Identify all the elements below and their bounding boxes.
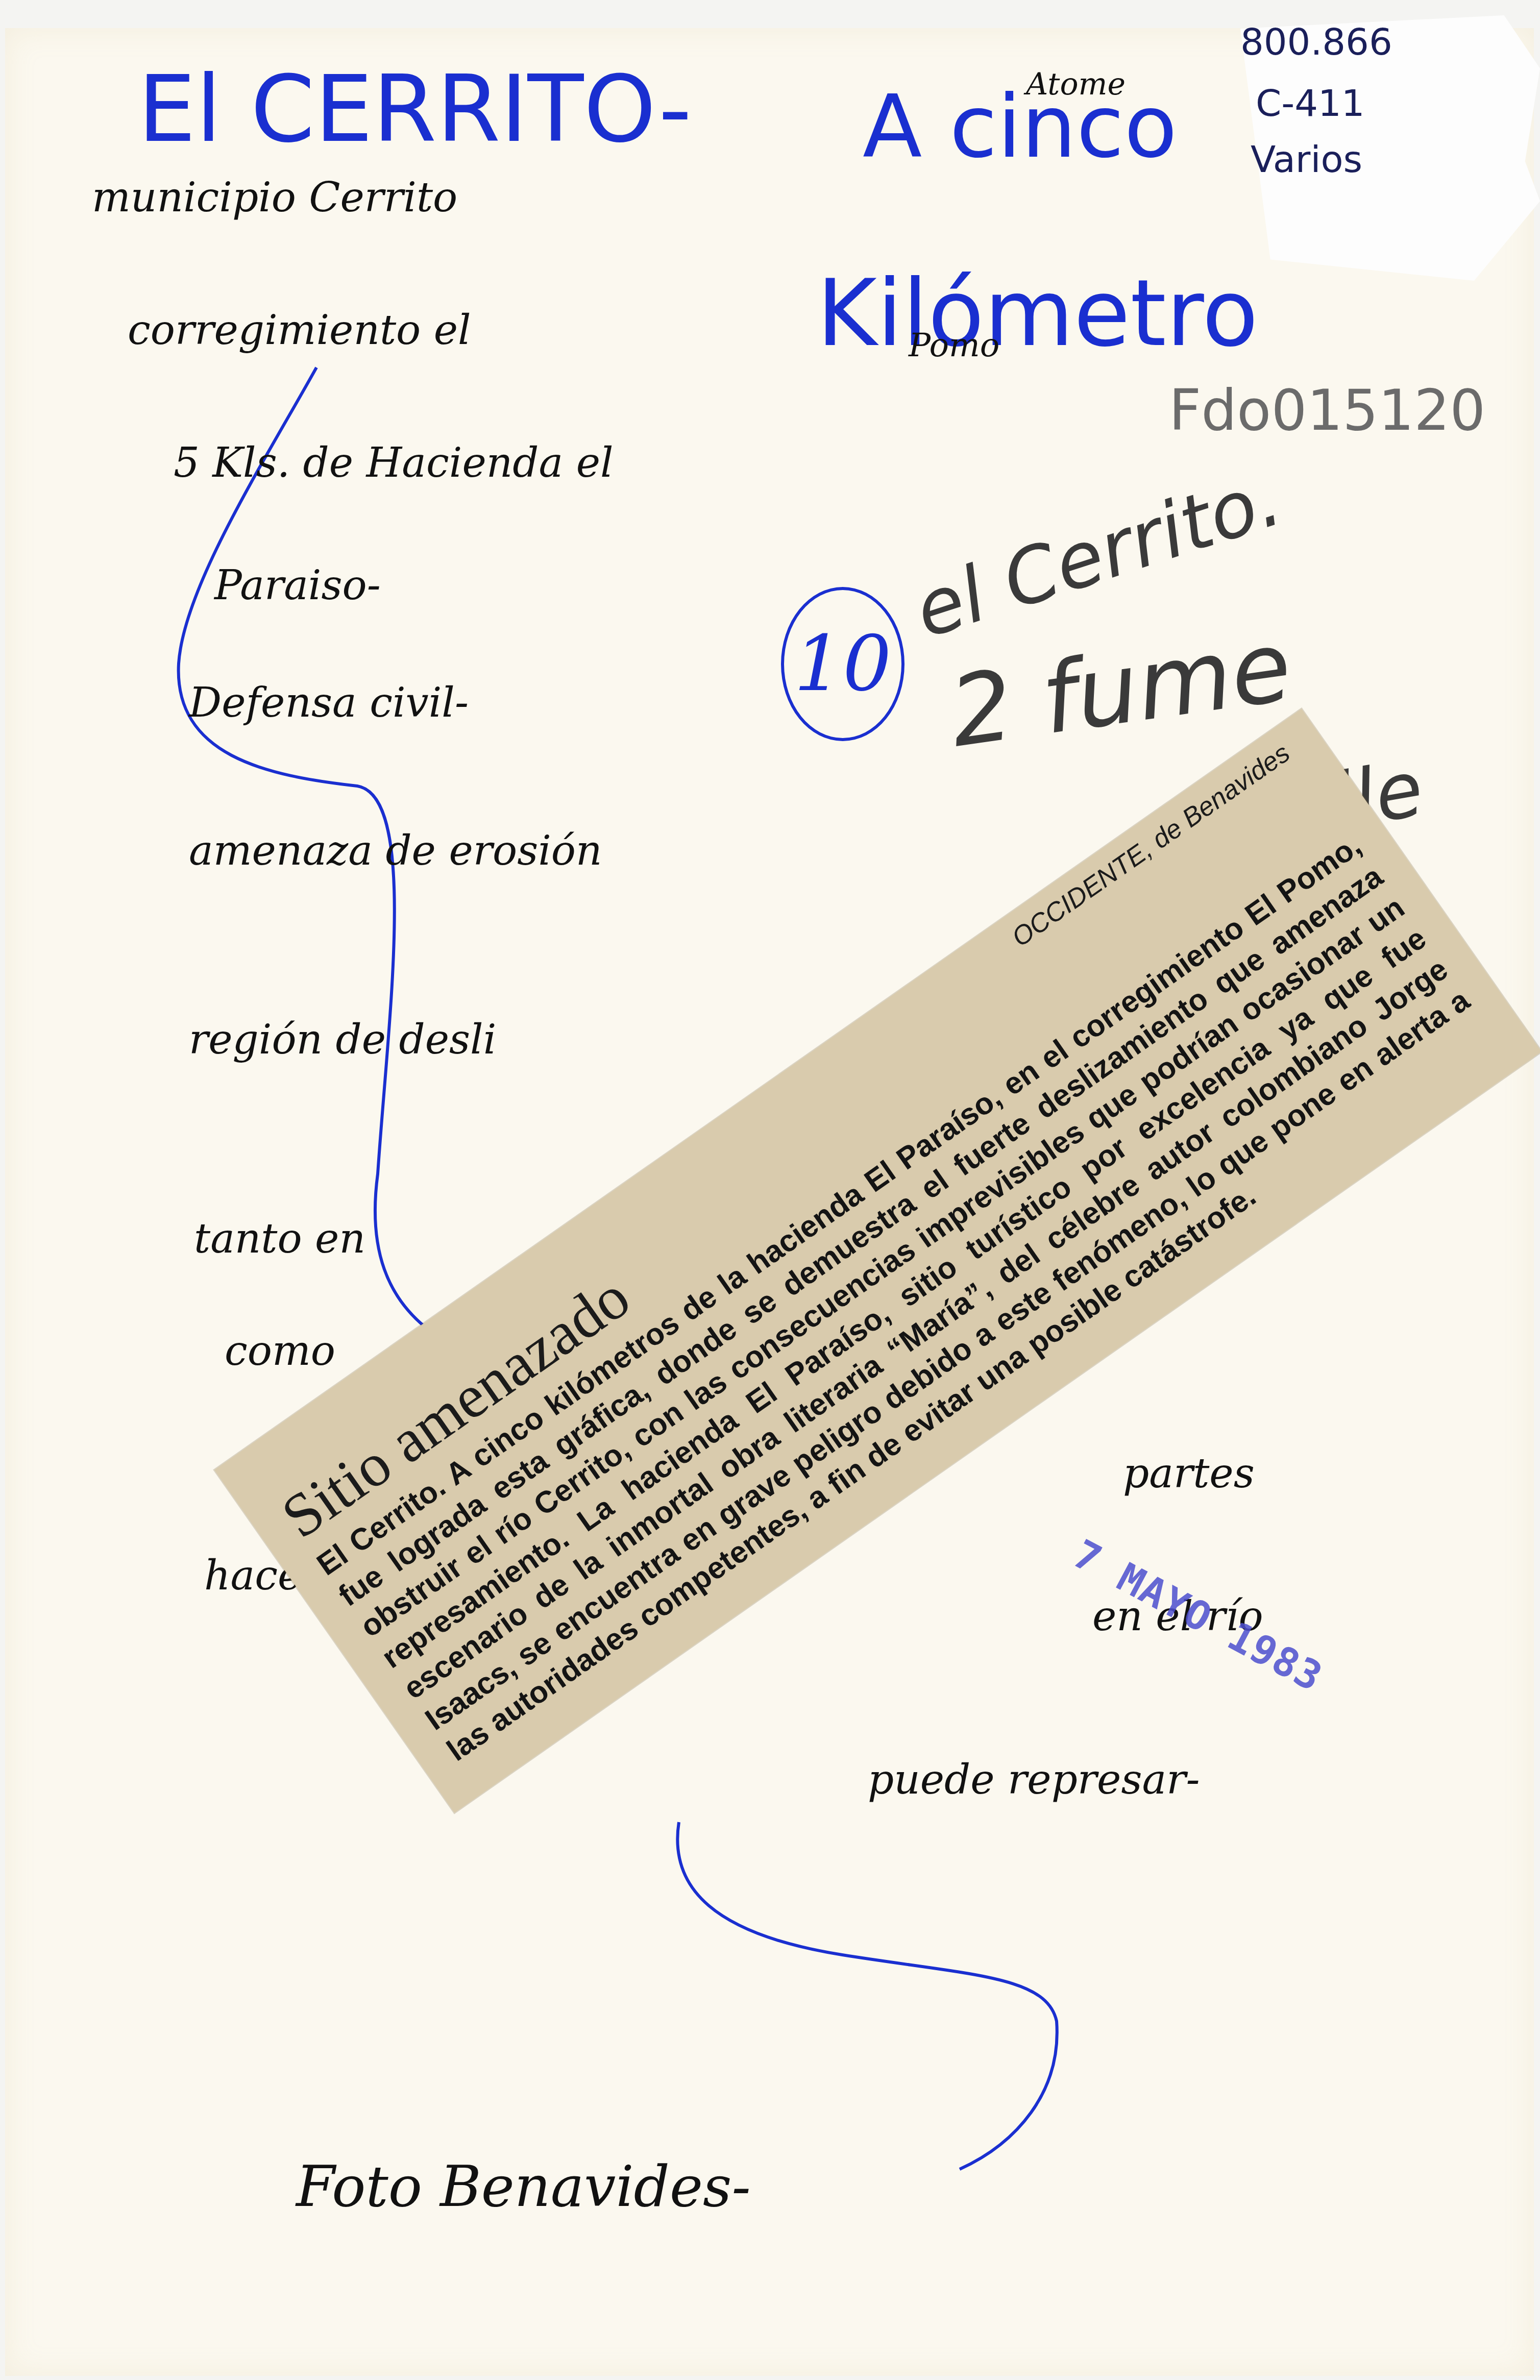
heading-place: El CERRITO-: [138, 56, 692, 163]
handwritten-line: 5 Kls. de Hacienda el: [174, 439, 614, 486]
handwritten-line: como: [225, 1327, 335, 1375]
handwritten-line: Defensa civil-: [189, 679, 469, 726]
handwritten-line: región de desli: [189, 1016, 496, 1063]
photo-credit-signature: Foto Benavides-: [296, 2154, 751, 2219]
handwritten-line: partes: [1123, 1450, 1255, 1497]
handwritten-line: municipio Cerrito: [92, 174, 457, 221]
heading-subject: A cinco: [863, 77, 1177, 178]
annotation-atom: Atome: [1026, 66, 1126, 102]
heading-distance: Kilómetro: [817, 260, 1258, 367]
circled-number-text: 10: [794, 620, 892, 708]
handwritten-line: amenaza de erosión: [189, 827, 602, 874]
archive-code-number: 800.866: [1240, 20, 1392, 63]
handwritten-line: Paraiso-: [214, 561, 381, 609]
circled-number: 10: [781, 587, 905, 741]
archive-code-category: Varios: [1251, 138, 1362, 181]
annotation-pomo: Pomo: [909, 327, 999, 364]
archive-code-series: C-411: [1256, 82, 1365, 125]
handwritten-line: corregimiento el: [128, 306, 471, 354]
handwritten-line: tanto en: [194, 1215, 365, 1262]
handwritten-line: puede represar-: [868, 1756, 1200, 1803]
pencil-reference-code: Fdo015120: [1169, 378, 1485, 443]
